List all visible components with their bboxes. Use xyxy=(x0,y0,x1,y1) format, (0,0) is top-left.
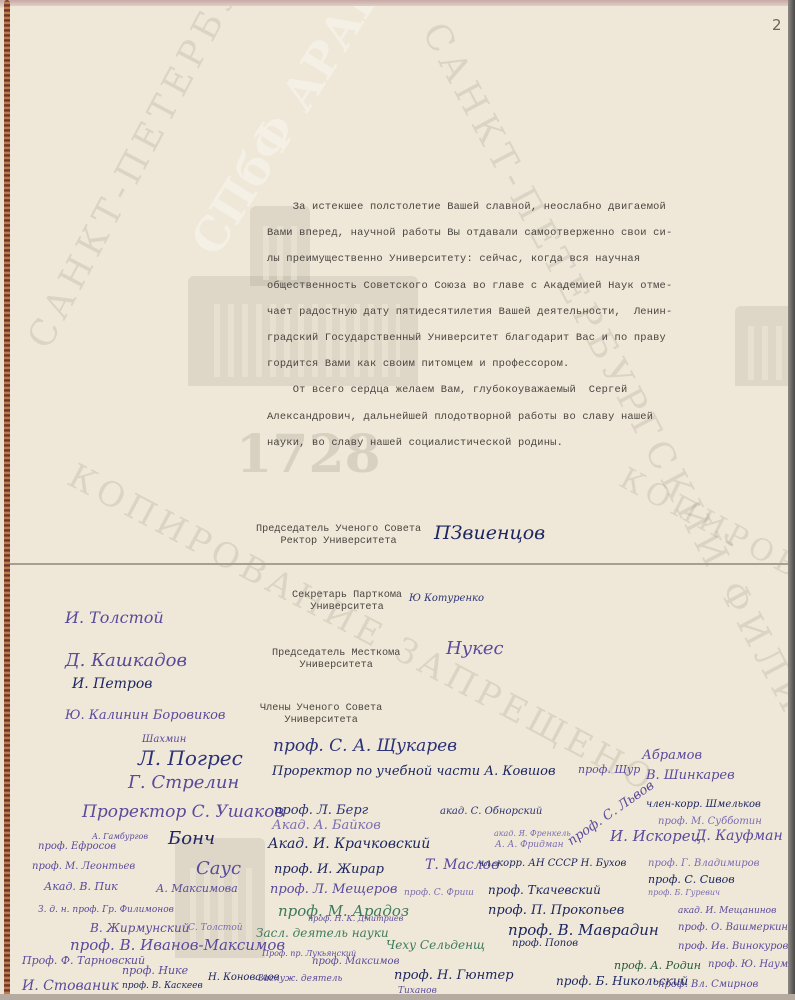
handwritten-signature: Ю. Калинин Боровиков xyxy=(65,708,226,723)
handwritten-signature: И. Стованик xyxy=(22,978,119,994)
handwritten-signature: проф. М. Арадоз xyxy=(278,902,409,920)
letter-line: За истекшее полстолетие Вашей славной, н… xyxy=(267,194,627,220)
handwritten-signature: И. Петров xyxy=(72,676,152,692)
handwritten-signature: проф. И. Жирар xyxy=(274,862,384,877)
handwritten-signature: Абрамов xyxy=(642,748,702,763)
handwritten-signature: проф. Б. Никольский xyxy=(556,974,688,988)
handwritten-signature: проф. С. Сивов xyxy=(648,873,735,886)
letter-line: науки, во славу нашей социалистической р… xyxy=(267,430,627,456)
binding-cord xyxy=(4,0,10,1000)
handwritten-signature: А. А. Фридман xyxy=(495,840,564,850)
handwritten-signature: З. д. н. проф. Гр. Филимонов xyxy=(38,905,174,915)
page-number: 2 xyxy=(772,16,782,34)
handwritten-signature: проф. П. Прокопьев xyxy=(488,903,624,918)
handwritten-signature: И. Искорец xyxy=(610,827,701,845)
handwritten-signature: Акад. А. Байков xyxy=(272,818,381,833)
handwritten-signature: проф. С. А. Щукарев xyxy=(273,736,457,756)
handwritten-signature: проф. Ив. Винокуров xyxy=(678,941,788,952)
page-bottom-edge xyxy=(0,994,795,1000)
handwritten-signature: проф. М. Леонтьев xyxy=(32,861,135,872)
handwritten-signature: проф. Л. Берг xyxy=(274,803,368,818)
handwritten-signature: проф. М. Субботин xyxy=(658,816,762,827)
chairman-title: Председатель Ученого Совета Ректор Униве… xyxy=(256,524,421,548)
letter-line: градский Государственный Университет бла… xyxy=(267,325,627,351)
handwritten-signature: акад. Я. Френкель xyxy=(494,829,571,838)
letter-line: лы преимущественно Университету: сейчас,… xyxy=(267,246,627,272)
party-secretary-signature: Ю Котуренко xyxy=(409,593,484,604)
document-page: САНКТ-ПЕТЕРБУРГСКИЙ ФИЛИАЛ АРХИВА САНКТ-… xyxy=(10,6,788,996)
handwritten-signature: проф. В. Маврадин xyxy=(508,921,659,939)
watermark-building-right-icon xyxy=(735,306,788,386)
party-secretary-title: Секретарь Парткома Университета xyxy=(292,590,402,614)
handwritten-signature: Акад. В. Пик xyxy=(44,880,118,893)
handwritten-signature: член-корр. Шмельков xyxy=(646,799,761,810)
handwritten-signature: проф. Максимов xyxy=(312,956,399,967)
handwritten-signature: Засл. деятель науки xyxy=(256,926,389,940)
handwritten-signature: проф. О. Вашмеркин xyxy=(678,922,788,933)
council-members-title: Члены Ученого Совета Университета xyxy=(260,703,382,727)
handwritten-signature: проф. Н. Гюнтер xyxy=(394,968,514,983)
letter-line: От всего сердца желаем Вам, глубокоуважа… xyxy=(267,377,627,403)
handwritten-signature: проф. Г. Владимиров xyxy=(648,858,759,869)
handwritten-signature: проф. Ю. Наумов xyxy=(708,959,788,970)
handwritten-signature: Чеху Сельденщ xyxy=(386,938,485,952)
handwritten-signature: Г. Стрелин xyxy=(128,772,239,793)
letter-line: Вами вперед, научной работы Вы отдавали … xyxy=(267,220,627,246)
handwritten-signature: А. Гамбургов xyxy=(92,832,148,841)
watermark-copy-forbidden-left: КОПИРОВАНИЕ ЗАПРЕЩЕНО xyxy=(61,456,663,801)
handwritten-signature: Заслуж. деятель xyxy=(258,974,342,984)
letter-line: Александрович, дальнейшей плодотворной р… xyxy=(267,404,627,430)
handwritten-signature: Проф. Ф. Тарновский xyxy=(22,954,145,967)
handwritten-signature: чл.-корр. АН СССР Н. Бухов xyxy=(478,858,626,869)
handwritten-signature: Проректор по учебной части А. Ковшов xyxy=(272,764,556,779)
handwritten-signature: проф. Ткачевский xyxy=(488,883,601,897)
handwritten-signature: Проф. пр. Лукьянский xyxy=(262,949,356,958)
handwritten-signature: И. Толстой xyxy=(65,608,164,627)
watermark-building-lower-icon xyxy=(175,838,265,958)
letter-line: гордится Вами как своим питомцем и профе… xyxy=(267,351,627,377)
chairman-signature: ПЗвиенцов xyxy=(434,522,545,544)
handwritten-signature: проф. С. Фриш xyxy=(404,888,474,898)
page-right-edge xyxy=(788,0,795,1000)
handwritten-signature: проф. С. Львов xyxy=(565,778,657,849)
handwritten-signature: Т. Маслов xyxy=(425,857,499,873)
handwritten-signature: акад. И. Мещанинов xyxy=(678,906,776,916)
handwritten-signature: проф. Вл. Смирнов xyxy=(658,979,758,990)
handwritten-signature: проф. Л. Мещеров xyxy=(270,882,398,897)
handwritten-signature: Л. Погрес xyxy=(138,746,243,770)
letter-line: общественность Советского Союза во главе… xyxy=(267,273,627,299)
handwritten-signature: проф. Нике xyxy=(122,964,188,977)
handwritten-signature: Шахмин xyxy=(142,734,186,745)
handwritten-signature: проф. В. Каскеев xyxy=(122,981,203,991)
watermark-copy-forbidden-right: КОПИРОВАНИЕ ЗАПРЕЩЕНО xyxy=(614,461,788,771)
handwritten-signature: проф. Б. Гуревич xyxy=(648,888,720,897)
handwritten-signature: Д. Кашкадов xyxy=(65,650,187,671)
handwritten-signature: проф. А. Родин xyxy=(614,959,701,972)
watermark-arc-text-right: САНКТ-ПЕТЕРБУРГСКИЙ ФИЛИАЛ АРХИВА xyxy=(414,16,788,975)
handwritten-signature: проф. Попов xyxy=(512,938,578,949)
handwritten-signature: Акад. И. Крачковский xyxy=(268,836,430,852)
handwritten-signature: проф. Ефросов xyxy=(38,841,116,852)
handwritten-signature: В. Шинкарев xyxy=(646,768,735,783)
handwritten-signature: проф. Щур xyxy=(578,763,640,776)
letter-body: За истекшее полстолетие Вашей славной, н… xyxy=(267,194,627,456)
handwritten-signature: Н. Коновалов xyxy=(208,972,279,983)
local-committee-signature: Нукес xyxy=(446,638,504,659)
handwritten-signature: проф. Н. К. Дмитриев xyxy=(308,914,403,923)
handwritten-signature: акад. С. Обнорский xyxy=(440,806,542,817)
handwritten-signature: Д. Кауфман xyxy=(695,828,783,844)
page-fold-line xyxy=(10,563,788,565)
local-committee-title: Председатель Месткома Университета xyxy=(272,648,400,672)
handwritten-signature: Проректор С. Ушаков xyxy=(82,802,284,822)
letter-line: чает радостную дату пятидесятилетия Ваше… xyxy=(267,299,627,325)
